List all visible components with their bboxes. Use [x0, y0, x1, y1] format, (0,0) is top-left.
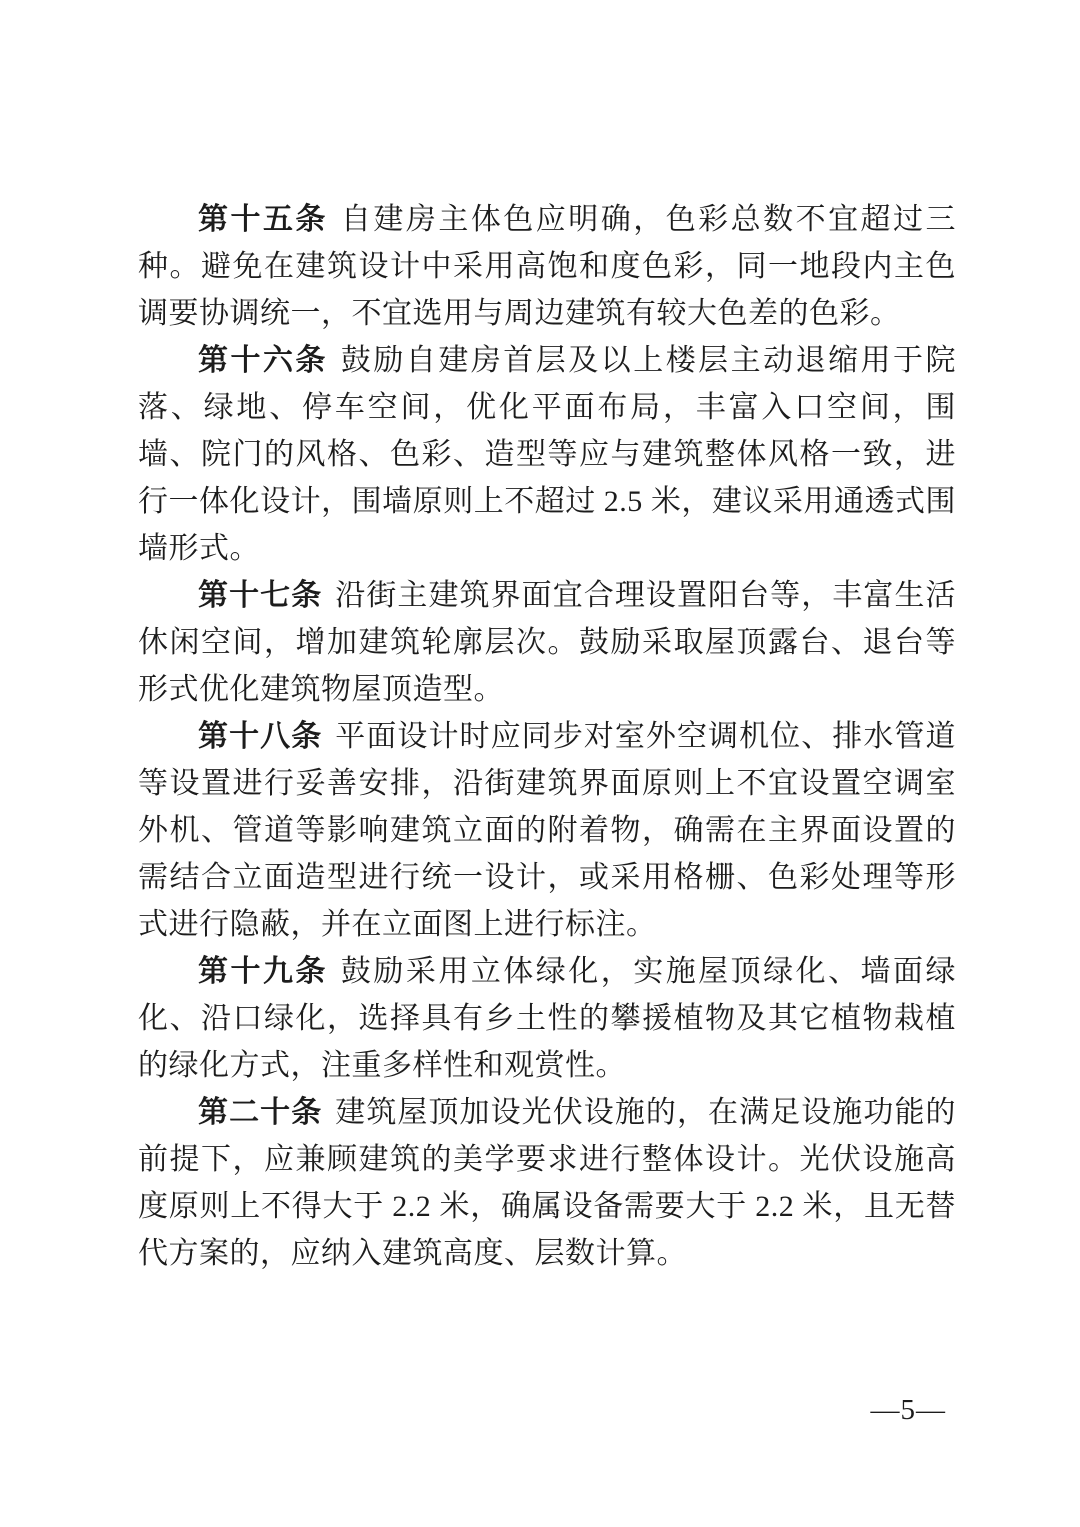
- article-19-number: 第十九条: [198, 955, 328, 988]
- article-17: 第十七条沿街主建筑界面宜合理设置阳台等，丰富生活休闲空间，增加建筑轮廓层次。鼓励…: [138, 572, 956, 713]
- article-17-number: 第十七条: [198, 579, 322, 612]
- article-16: 第十六条鼓励自建房首层及以上楼层主动退缩用于院落、绿地、停车空间，优化平面布局，…: [138, 337, 956, 572]
- document-page: 第十五条自建房主体色应明确，色彩总数不宜超过三种。避免在建筑设计中采用高饱和度色…: [0, 0, 1080, 1527]
- article-18-text: 平面设计时应同步对室外空调机位、排水管道等设置进行妥善安排，沿街建筑界面原则上不…: [138, 720, 956, 941]
- article-15: 第十五条自建房主体色应明确，色彩总数不宜超过三种。避免在建筑设计中采用高饱和度色…: [138, 196, 956, 337]
- article-16-number: 第十六条: [198, 344, 328, 377]
- document-body: 第十五条自建房主体色应明确，色彩总数不宜超过三种。避免在建筑设计中采用高饱和度色…: [138, 196, 956, 1277]
- article-19: 第十九条鼓励采用立体绿化，实施屋顶绿化、墙面绿化、沿口绿化，选择具有乡土性的攀援…: [138, 948, 956, 1089]
- article-20-number: 第二十条: [198, 1096, 322, 1129]
- article-16-text: 鼓励自建房首层及以上楼层主动退缩用于院落、绿地、停车空间，优化平面布局，丰富入口…: [138, 344, 956, 565]
- article-18: 第十八条平面设计时应同步对室外空调机位、排水管道等设置进行妥善安排，沿街建筑界面…: [138, 713, 956, 948]
- page-number: —5—: [871, 1393, 947, 1427]
- article-15-number: 第十五条: [198, 203, 328, 236]
- article-18-number: 第十八条: [198, 720, 322, 753]
- article-20: 第二十条建筑屋顶加设光伏设施的，在满足设施功能的前提下，应兼顾建筑的美学要求进行…: [138, 1089, 956, 1277]
